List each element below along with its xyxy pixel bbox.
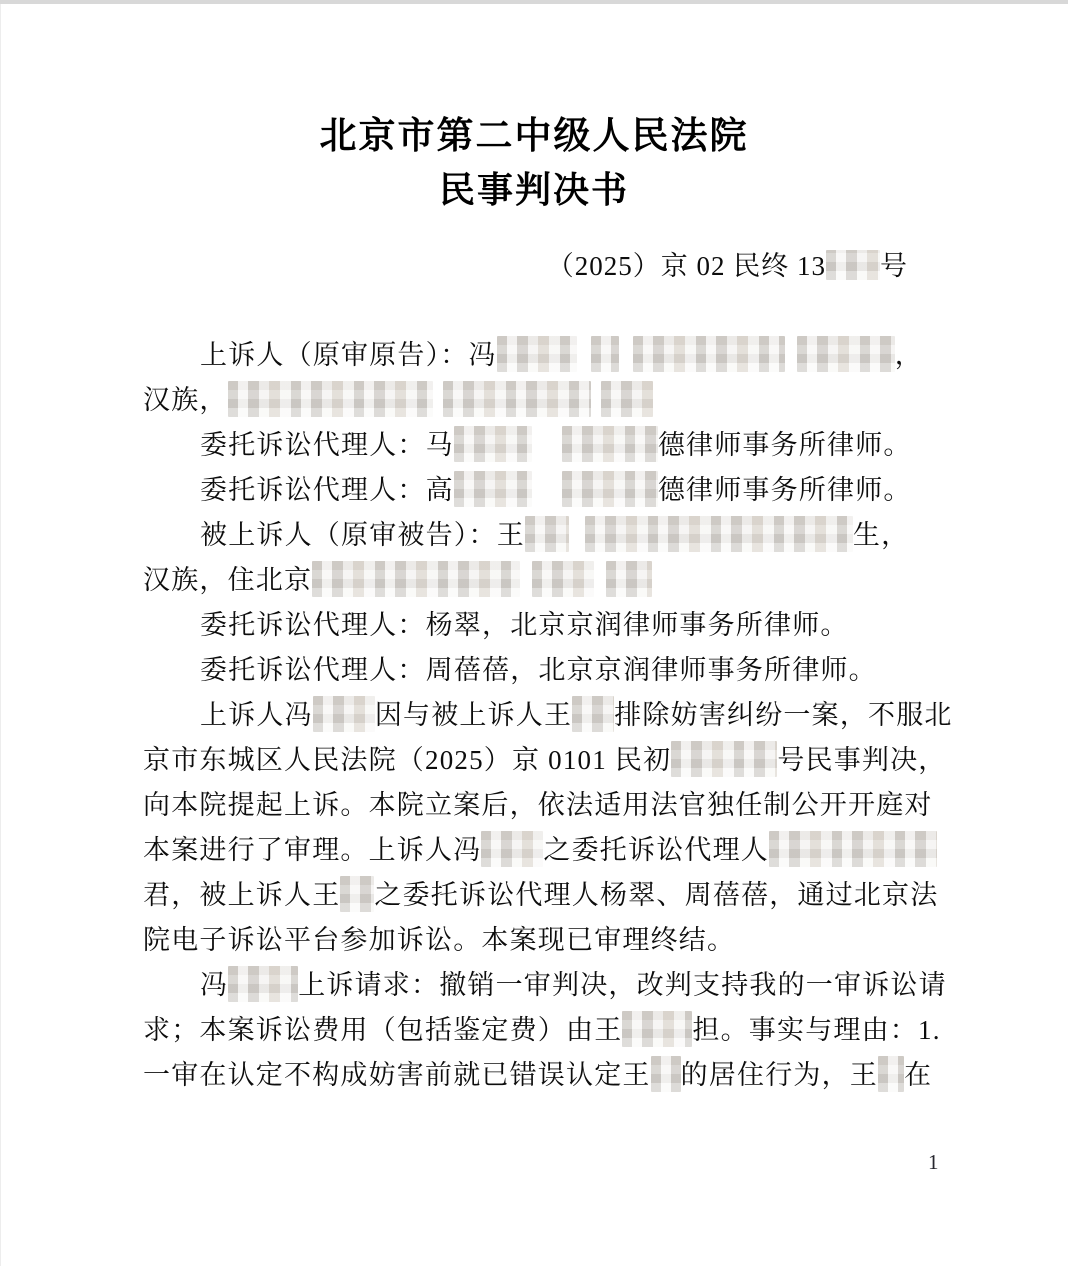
redaction-mosaic (633, 336, 785, 372)
mosaic-gap (785, 354, 797, 364)
redaction-mosaic (228, 381, 433, 417)
redaction-mosaic (651, 1056, 681, 1092)
redaction-mosaic (228, 966, 298, 1002)
redaction-mosaic (481, 831, 543, 867)
judgment-page: { "document": { "court_name": "北京市第二中级人民… (0, 0, 1068, 1266)
document-type-title: 民事判决书 (0, 162, 1068, 213)
mosaic-gap (577, 354, 591, 364)
text-line: 被上诉人（原审被告）：王生， (143, 513, 951, 558)
redaction-mosaic (769, 831, 937, 867)
mosaic-gap (532, 489, 562, 499)
redaction-mosaic (340, 876, 374, 912)
redaction-mosaic (622, 1011, 692, 1047)
redaction-mosaic (601, 381, 653, 417)
redaction-mosaic (878, 1056, 904, 1092)
mosaic-gap (532, 444, 562, 454)
text-line: 君，被上诉人王之委托诉讼代理人杨翠、周蓓蓓，通过北京法 (143, 873, 951, 918)
redaction-mosaic (671, 741, 777, 777)
text-line: 向本院提起上诉。本院立案后，依法适用法官独任制公开开庭对 (143, 783, 951, 828)
redaction-mosaic (591, 336, 619, 372)
redaction-mosaic (562, 471, 658, 507)
mosaic-gap (433, 399, 443, 409)
redaction-mosaic (797, 336, 895, 372)
redaction-mosaic (454, 426, 532, 462)
redaction-mosaic (454, 471, 532, 507)
redaction-mosaic (497, 336, 577, 372)
redaction-mosaic (585, 516, 853, 552)
redaction-mosaic (312, 561, 520, 597)
redaction-mosaic (532, 561, 594, 597)
text-line: 委托诉讼代理人：周蓓蓓，北京京润律师事务所律师。 (143, 648, 951, 693)
court-name-title: 北京市第二中级人民法院 (0, 105, 1068, 159)
text-line: 一审在认定不构成妨害前就已错误认定王的居住行为，王在 (143, 1053, 951, 1098)
redaction-mosaic (443, 381, 591, 417)
mosaic-gap (591, 399, 601, 409)
text-line: 上诉人（原审原告）：冯， (143, 333, 951, 378)
redaction-mosaic (525, 516, 569, 552)
text-line: 求；本案诉讼费用（包括鉴定费）由王担。事实与理由：1. (143, 1008, 951, 1053)
text-line: 委托诉讼代理人：高德律师事务所律师。 (143, 468, 951, 513)
mosaic-gap (569, 534, 585, 544)
mosaic-gap (594, 579, 606, 589)
mosaic-gap (619, 354, 633, 364)
redaction-mosaic (826, 250, 880, 280)
page-number: 1 (928, 1150, 939, 1175)
redaction-mosaic (572, 696, 614, 732)
redaction-mosaic (562, 426, 658, 462)
case-number: （2025）京 02 民终 13号 (547, 244, 908, 283)
text-line: 院电子诉讼平台参加诉讼。本案现已审理终结。 (143, 918, 951, 963)
text-line: 汉族， (143, 378, 951, 423)
text-line: 委托诉讼代理人：杨翠，北京京润律师事务所律师。 (143, 603, 951, 648)
text-line: 汉族，住北京 (143, 558, 951, 603)
text-line: 冯上诉请求：撤销一审判决，改判支持我的一审诉讼请 (143, 963, 951, 1008)
document-body: 上诉人（原审原告）：冯，汉族，委托诉讼代理人：马德律师事务所律师。委托诉讼代理人… (143, 333, 951, 1098)
text-line: 本案进行了审理。上诉人冯之委托诉讼代理人 (143, 828, 951, 873)
text-line: 委托诉讼代理人：马德律师事务所律师。 (143, 423, 951, 468)
mosaic-gap (520, 579, 532, 589)
redaction-mosaic (313, 696, 375, 732)
redaction-mosaic (606, 561, 652, 597)
text-line: 京市东城区人民法院（2025）京 0101 民初号民事判决， (143, 738, 951, 783)
text-line: 上诉人冯因与被上诉人王排除妨害纠纷一案，不服北 (143, 693, 951, 738)
